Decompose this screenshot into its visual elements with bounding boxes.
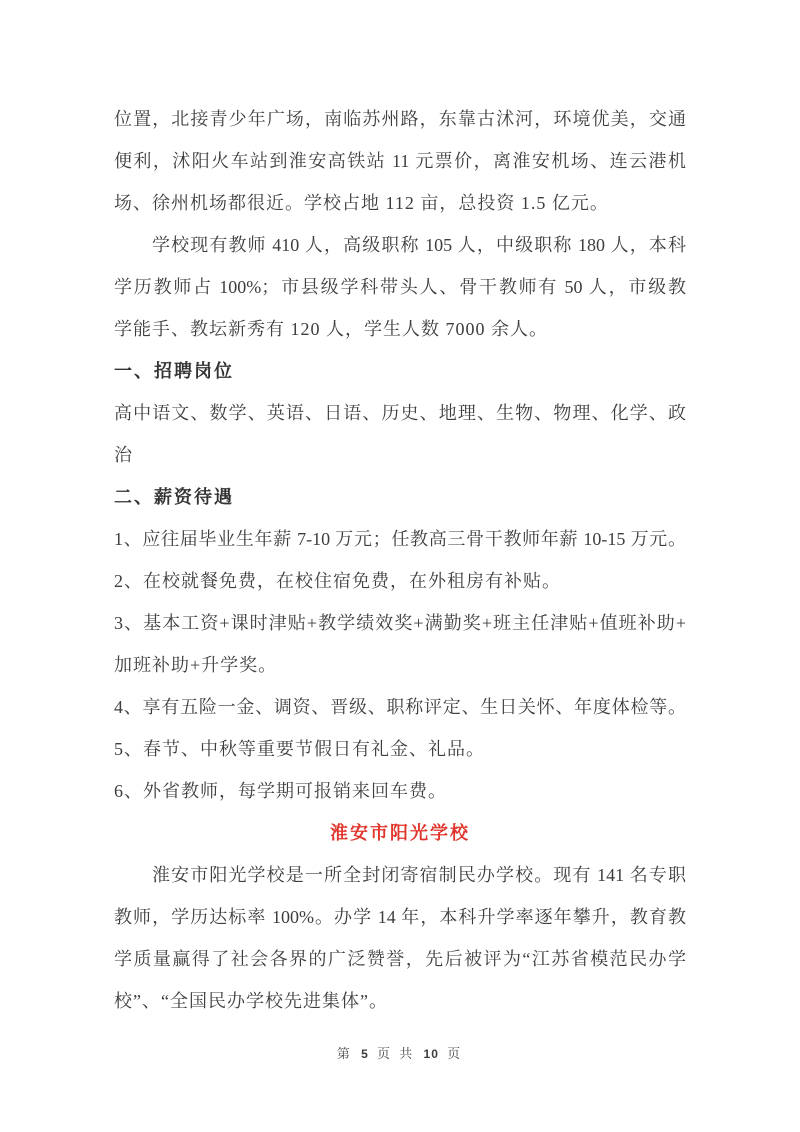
paragraph-line: 教师，学历达标率 100%。办学 14 年，本科升学率逐年攀升，教育教 (114, 896, 686, 938)
paragraph-line: 高中语文、数学、英语、日语、历史、地理、生物、物理、化学、政 (114, 392, 686, 434)
footer-label-prefix: 第 (337, 1046, 359, 1061)
paragraph-line: 位置，北接青少年广场，南临苏州路，东靠古沭河，环境优美，交通 (114, 98, 686, 140)
footer-label-middle: 页 共 (371, 1046, 422, 1061)
paragraph-line: 学历教师占 100%；市县级学科带头人、骨干教师有 50 人，市级教 (114, 266, 686, 308)
list-item-2: 2、在校就餐免费，在校住宿免费，在外租房有补贴。 (114, 560, 686, 602)
paragraph-line: 治 (114, 434, 686, 476)
paragraph-line: 便利，沭阳火车站到淮安高铁站 11 元票价，离淮安机场、连云港机 (114, 140, 686, 182)
footer-label-suffix: 页 (441, 1046, 463, 1061)
page-footer: 第 5 页 共 10 页 (0, 1042, 800, 1066)
document-page: 位置，北接青少年广场，南临苏州路，东靠古沭河，环境优美，交通 便利，沭阳火车站到… (0, 0, 800, 1132)
total-pages: 10 (422, 1047, 441, 1061)
paragraph-line: 校”、“全国民办学校先进集体”。 (114, 980, 686, 1022)
list-item-4: 4、享有五险一金、调资、晋级、职称评定、生日关怀、年度体检等。 (114, 686, 686, 728)
content-area: 位置，北接青少年广场，南临苏州路，东靠古沭河，环境优美，交通 便利，沭阳火车站到… (114, 98, 686, 1022)
school-name-heading: 淮安市阳光学校 (114, 812, 686, 854)
section-2-heading: 二、薪资待遇 (114, 476, 686, 518)
list-item-3-cont: 加班补助+升学奖。 (114, 644, 686, 686)
list-item-6: 6、外省教师，每学期可报销来回车费。 (114, 770, 686, 812)
list-item-1: 1、应往届毕业生年薪 7-10 万元；任教高三骨干教师年薪 10-15 万元。 (114, 518, 686, 560)
paragraph-line: 学能手、教坛新秀有 120 人，学生人数 7000 余人。 (114, 308, 686, 350)
section-1-heading: 一、招聘岗位 (114, 350, 686, 392)
paragraph-line: 学质量赢得了社会各界的广泛赞誉，先后被评为“江苏省模范民办学 (114, 938, 686, 980)
page-number: 5 (359, 1047, 371, 1061)
paragraph-line: 淮安市阳光学校是一所全封闭寄宿制民办学校。现有 141 名专职 (114, 854, 686, 896)
paragraph-line: 场、徐州机场都很近。学校占地 112 亩，总投资 1.5 亿元。 (114, 182, 686, 224)
list-item-3: 3、基本工资+课时津贴+教学绩效奖+满勤奖+班主任津贴+值班补助+ (114, 602, 686, 644)
paragraph-line: 学校现有教师 410 人，高级职称 105 人，中级职称 180 人，本科 (114, 224, 686, 266)
list-item-5: 5、春节、中秋等重要节假日有礼金、礼品。 (114, 728, 686, 770)
